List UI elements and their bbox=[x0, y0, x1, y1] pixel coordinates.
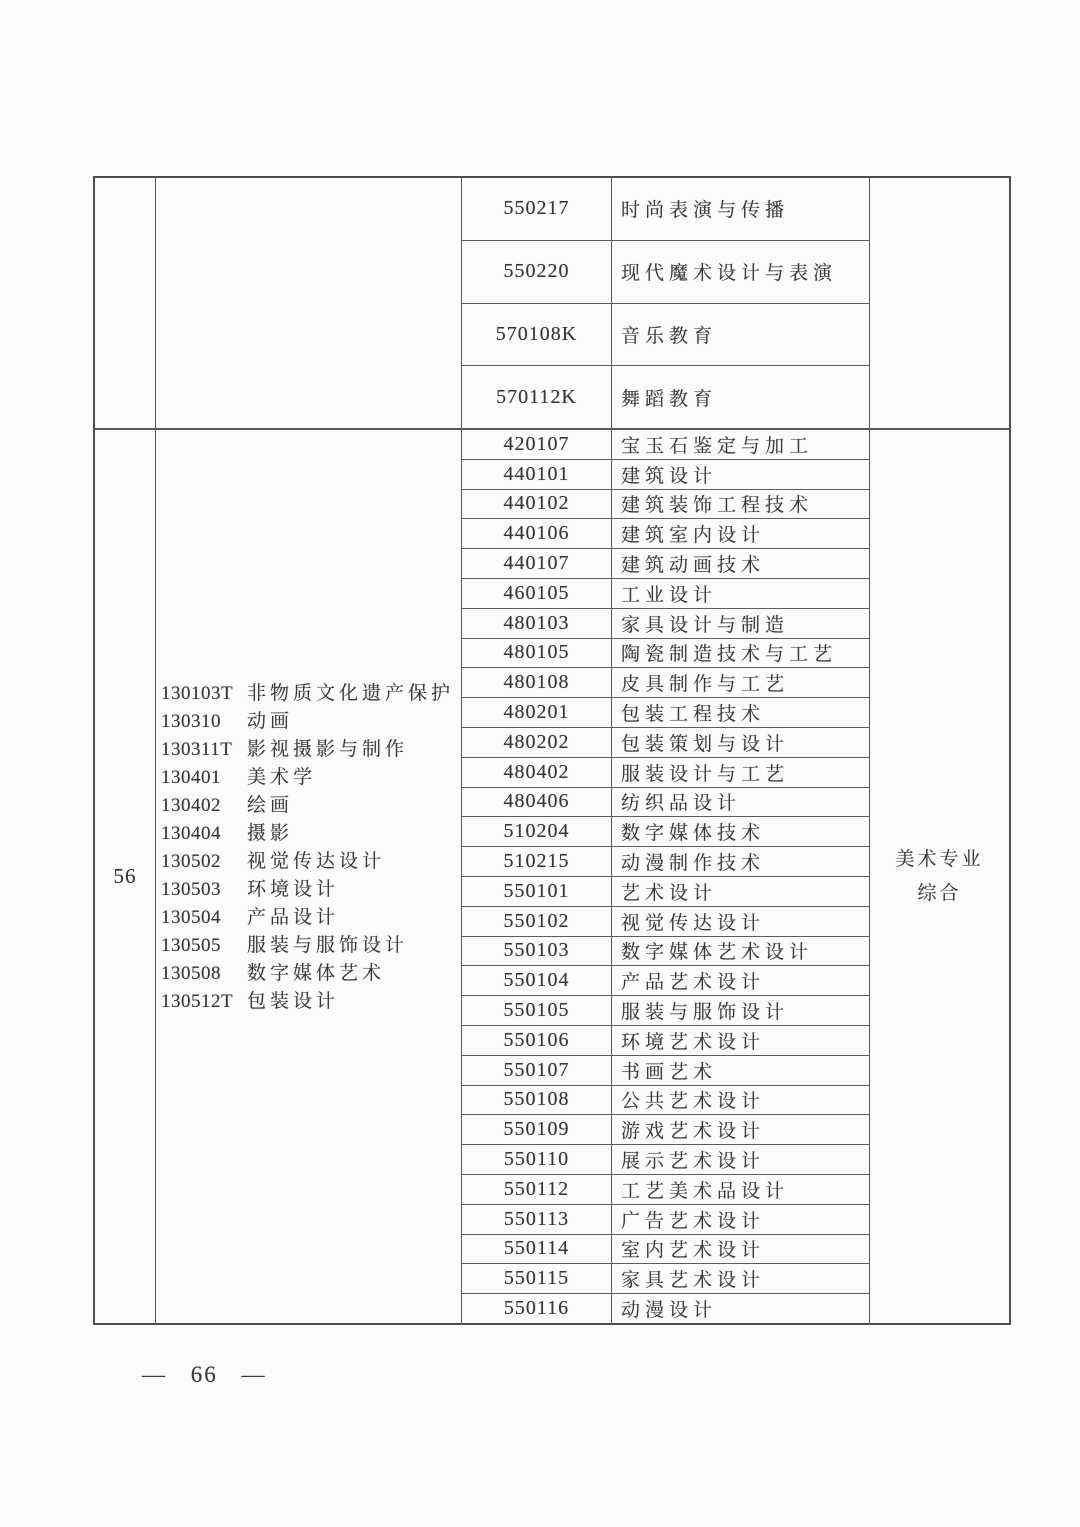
bachelor-major-code: 130401 bbox=[161, 764, 247, 792]
specialty-code: 510215 bbox=[462, 847, 612, 876]
bachelor-major-line: 130401 美术学 bbox=[161, 764, 461, 792]
table-row: 480108 皮具制作与工艺 bbox=[462, 668, 869, 698]
specialty-name: 艺术设计 bbox=[612, 877, 869, 906]
bachelor-majors-cell: 130103T 非物质文化遗产保护 130310 动画 130311T 影视摄影… bbox=[156, 430, 462, 1323]
specialty-name: 工业设计 bbox=[612, 579, 869, 608]
table-row: 440101 建筑设计 bbox=[462, 460, 869, 490]
group-top-category-cell bbox=[869, 178, 1009, 428]
specialty-code: 550103 bbox=[462, 937, 612, 966]
bachelor-major-code: 130508 bbox=[161, 960, 247, 988]
specialty-name: 数字媒体艺术设计 bbox=[612, 937, 869, 966]
bachelor-major-line: 130310 动画 bbox=[161, 708, 461, 736]
specialty-name: 宝玉石鉴定与加工 bbox=[612, 430, 869, 459]
bachelor-major-line: 130402 绘画 bbox=[161, 792, 461, 820]
specialty-name: 视觉传达设计 bbox=[612, 907, 869, 936]
document-page: 550217 时尚表演与传播 550220 现代魔术设计与表演 570108K … bbox=[0, 0, 1080, 1527]
specialty-name: 建筑室内设计 bbox=[612, 519, 869, 548]
specialty-code: 550110 bbox=[462, 1145, 612, 1174]
table-row: 550104 产品艺术设计 bbox=[462, 966, 869, 996]
table-row: 510204 数字媒体技术 bbox=[462, 817, 869, 847]
specialty-name: 服装设计与工艺 bbox=[612, 758, 869, 787]
specialty-code: 550113 bbox=[462, 1205, 612, 1234]
specialty-code: 510204 bbox=[462, 817, 612, 846]
specialty-code: 550115 bbox=[462, 1264, 612, 1293]
table-row: 480202 包装策划与设计 bbox=[462, 728, 869, 758]
specialty-code: 550112 bbox=[462, 1175, 612, 1204]
specialty-name: 建筑设计 bbox=[612, 460, 869, 489]
specialty-code: 550105 bbox=[462, 996, 612, 1025]
bachelor-major-name: 摄影 bbox=[247, 820, 293, 848]
specialty-code: 550217 bbox=[462, 178, 612, 240]
table-row: 420107 宝玉石鉴定与加工 bbox=[462, 430, 869, 460]
bachelor-major-name: 数字媒体艺术 bbox=[247, 960, 385, 988]
table-row: 550109 游戏艺术设计 bbox=[462, 1115, 869, 1145]
specialty-name: 包装工程技术 bbox=[612, 698, 869, 727]
specialty-name: 皮具制作与工艺 bbox=[612, 668, 869, 697]
table-row: 440106 建筑室内设计 bbox=[462, 519, 869, 549]
specialty-name: 室内艺术设计 bbox=[612, 1235, 869, 1264]
specialty-name: 纺织品设计 bbox=[612, 788, 869, 817]
specialty-name: 公共艺术设计 bbox=[612, 1086, 869, 1115]
page-number: — 66 — bbox=[142, 1362, 267, 1388]
specialty-code: 480202 bbox=[462, 728, 612, 757]
specialty-name: 现代魔术设计与表演 bbox=[612, 241, 869, 303]
specialty-name: 动漫制作技术 bbox=[612, 847, 869, 876]
table-row: 550103 数字媒体艺术设计 bbox=[462, 937, 869, 967]
majors-table: 550217 时尚表演与传播 550220 现代魔术设计与表演 570108K … bbox=[93, 176, 1011, 1325]
bachelor-major-name: 视觉传达设计 bbox=[247, 848, 385, 876]
bachelor-major-code: 130504 bbox=[161, 904, 247, 932]
specialty-code: 480402 bbox=[462, 758, 612, 787]
bachelor-major-name: 产品设计 bbox=[247, 904, 339, 932]
table-row: 510215 动漫制作技术 bbox=[462, 847, 869, 877]
category-cell: 美术专业 综合 bbox=[869, 430, 1009, 1323]
group-top-specialty-rows: 550217 时尚表演与传播 550220 现代魔术设计与表演 570108K … bbox=[462, 178, 869, 428]
bachelor-major-code: 130503 bbox=[161, 876, 247, 904]
bachelor-major-line: 130502 视觉传达设计 bbox=[161, 848, 461, 876]
table-row: 550217 时尚表演与传播 bbox=[462, 178, 869, 241]
specialty-code: 550116 bbox=[462, 1294, 612, 1323]
specialty-name: 游戏艺术设计 bbox=[612, 1115, 869, 1144]
table-row: 550116 动漫设计 bbox=[462, 1294, 869, 1323]
group-number-cell: 56 bbox=[95, 430, 156, 1323]
bachelor-major-line: 130505 服装与服饰设计 bbox=[161, 932, 461, 960]
table-row: 480402 服装设计与工艺 bbox=[462, 758, 869, 788]
specialty-code: 550104 bbox=[462, 966, 612, 995]
specialty-name: 时尚表演与传播 bbox=[612, 178, 869, 240]
specialty-code: 480105 bbox=[462, 639, 612, 668]
specialty-name: 舞蹈教育 bbox=[612, 366, 869, 428]
group-top-number-cell bbox=[95, 178, 156, 428]
specialty-name: 音乐教育 bbox=[612, 304, 869, 366]
specialty-name: 展示艺术设计 bbox=[612, 1145, 869, 1174]
table-row: 460105 工业设计 bbox=[462, 579, 869, 609]
specialty-rows: 420107 宝玉石鉴定与加工 440101 建筑设计 440102 建筑装饰工… bbox=[462, 430, 869, 1323]
table-row: 550113 广告艺术设计 bbox=[462, 1205, 869, 1235]
specialty-code: 550109 bbox=[462, 1115, 612, 1144]
specialty-code: 570112K bbox=[462, 366, 612, 428]
specialty-name: 家具设计与制造 bbox=[612, 609, 869, 638]
bachelor-major-line: 130504 产品设计 bbox=[161, 904, 461, 932]
bachelor-major-line: 130512T 包装设计 bbox=[161, 988, 461, 1016]
table-row: 550102 视觉传达设计 bbox=[462, 907, 869, 937]
table-row: 550107 书画艺术 bbox=[462, 1056, 869, 1086]
specialty-name: 建筑装饰工程技术 bbox=[612, 490, 869, 519]
specialty-code: 420107 bbox=[462, 430, 612, 459]
bachelor-major-name: 环境设计 bbox=[247, 876, 339, 904]
specialty-code: 480108 bbox=[462, 668, 612, 697]
table-row: 570112K 舞蹈教育 bbox=[462, 366, 869, 428]
specialty-name: 动漫设计 bbox=[612, 1294, 869, 1323]
bachelor-major-code: 130310 bbox=[161, 708, 247, 736]
bachelor-major-name: 非物质文化遗产保护 bbox=[247, 680, 454, 708]
specialty-code: 440102 bbox=[462, 490, 612, 519]
table-row: 550101 艺术设计 bbox=[462, 877, 869, 907]
bachelor-major-code: 130512T bbox=[161, 988, 247, 1016]
bachelor-major-code: 130505 bbox=[161, 932, 247, 960]
specialty-code: 460105 bbox=[462, 579, 612, 608]
bachelor-major-line: 130311T 影视摄影与制作 bbox=[161, 736, 461, 764]
table-row: 550105 服装与服饰设计 bbox=[462, 996, 869, 1026]
table-row: 570108K 音乐教育 bbox=[462, 304, 869, 367]
bachelor-major-code: 130404 bbox=[161, 820, 247, 848]
table-row: 550108 公共艺术设计 bbox=[462, 1086, 869, 1116]
specialty-code: 480406 bbox=[462, 788, 612, 817]
specialty-code: 550108 bbox=[462, 1086, 612, 1115]
bachelor-major-code: 130311T bbox=[161, 736, 247, 764]
bachelor-major-name: 绘画 bbox=[247, 792, 293, 820]
specialty-name: 广告艺术设计 bbox=[612, 1205, 869, 1234]
specialty-name: 陶瓷制造技术与工艺 bbox=[612, 639, 869, 668]
bachelor-major-code: 130103T bbox=[161, 680, 247, 708]
bachelor-major-name: 服装与服饰设计 bbox=[247, 932, 408, 960]
specialty-code: 550220 bbox=[462, 241, 612, 303]
category-line: 美术专业 bbox=[895, 843, 983, 877]
table-row: 550110 展示艺术设计 bbox=[462, 1145, 869, 1175]
table-row: 480406 纺织品设计 bbox=[462, 788, 869, 818]
table-row: 480105 陶瓷制造技术与工艺 bbox=[462, 639, 869, 669]
specialty-code: 440106 bbox=[462, 519, 612, 548]
specialty-name: 环境艺术设计 bbox=[612, 1026, 869, 1055]
specialty-code: 550107 bbox=[462, 1056, 612, 1085]
bachelor-major-name: 动画 bbox=[247, 708, 293, 736]
table-row: 550114 室内艺术设计 bbox=[462, 1235, 869, 1265]
table-row: 480103 家具设计与制造 bbox=[462, 609, 869, 639]
bachelor-major-line: 130503 环境设计 bbox=[161, 876, 461, 904]
table-row: 440107 建筑动画技术 bbox=[462, 549, 869, 579]
specialty-code: 570108K bbox=[462, 304, 612, 366]
specialty-name: 服装与服饰设计 bbox=[612, 996, 869, 1025]
specialty-code: 440101 bbox=[462, 460, 612, 489]
category-line: 综合 bbox=[917, 877, 961, 911]
specialty-code: 440107 bbox=[462, 549, 612, 578]
specialty-code: 550114 bbox=[462, 1235, 612, 1264]
bachelor-major-name: 美术学 bbox=[247, 764, 316, 792]
table-row: 550112 工艺美术品设计 bbox=[462, 1175, 869, 1205]
table-row: 550106 环境艺术设计 bbox=[462, 1026, 869, 1056]
table-rowgroup-56: 56 130103T 非物质文化遗产保护 130310 动画 130311T bbox=[95, 430, 1009, 1323]
table-row: 440102 建筑装饰工程技术 bbox=[462, 490, 869, 520]
specialty-code: 480201 bbox=[462, 698, 612, 727]
table-row: 550220 现代魔术设计与表演 bbox=[462, 241, 869, 304]
bachelor-major-code: 130402 bbox=[161, 792, 247, 820]
specialty-code: 550106 bbox=[462, 1026, 612, 1055]
specialty-name: 家具艺术设计 bbox=[612, 1264, 869, 1293]
bachelor-major-name: 影视摄影与制作 bbox=[247, 736, 408, 764]
specialty-name: 书画艺术 bbox=[612, 1056, 869, 1085]
table-rowgroup-top: 550217 时尚表演与传播 550220 现代魔术设计与表演 570108K … bbox=[95, 178, 1009, 430]
bachelor-major-name: 包装设计 bbox=[247, 988, 339, 1016]
bachelor-major-line: 130404 摄影 bbox=[161, 820, 461, 848]
specialty-name: 工艺美术品设计 bbox=[612, 1175, 869, 1204]
bachelor-major-code: 130502 bbox=[161, 848, 247, 876]
specialty-name: 建筑动画技术 bbox=[612, 549, 869, 578]
specialty-name: 数字媒体技术 bbox=[612, 817, 869, 846]
specialty-code: 550101 bbox=[462, 877, 612, 906]
specialty-code: 480103 bbox=[462, 609, 612, 638]
specialty-name: 包装策划与设计 bbox=[612, 728, 869, 757]
bachelor-major-line: 130508 数字媒体艺术 bbox=[161, 960, 461, 988]
specialty-code: 550102 bbox=[462, 907, 612, 936]
table-row: 550115 家具艺术设计 bbox=[462, 1264, 869, 1294]
bachelor-major-line: 130103T 非物质文化遗产保护 bbox=[161, 680, 461, 708]
group-top-bachelor-cell bbox=[156, 178, 462, 428]
table-row: 480201 包装工程技术 bbox=[462, 698, 869, 728]
specialty-name: 产品艺术设计 bbox=[612, 966, 869, 995]
